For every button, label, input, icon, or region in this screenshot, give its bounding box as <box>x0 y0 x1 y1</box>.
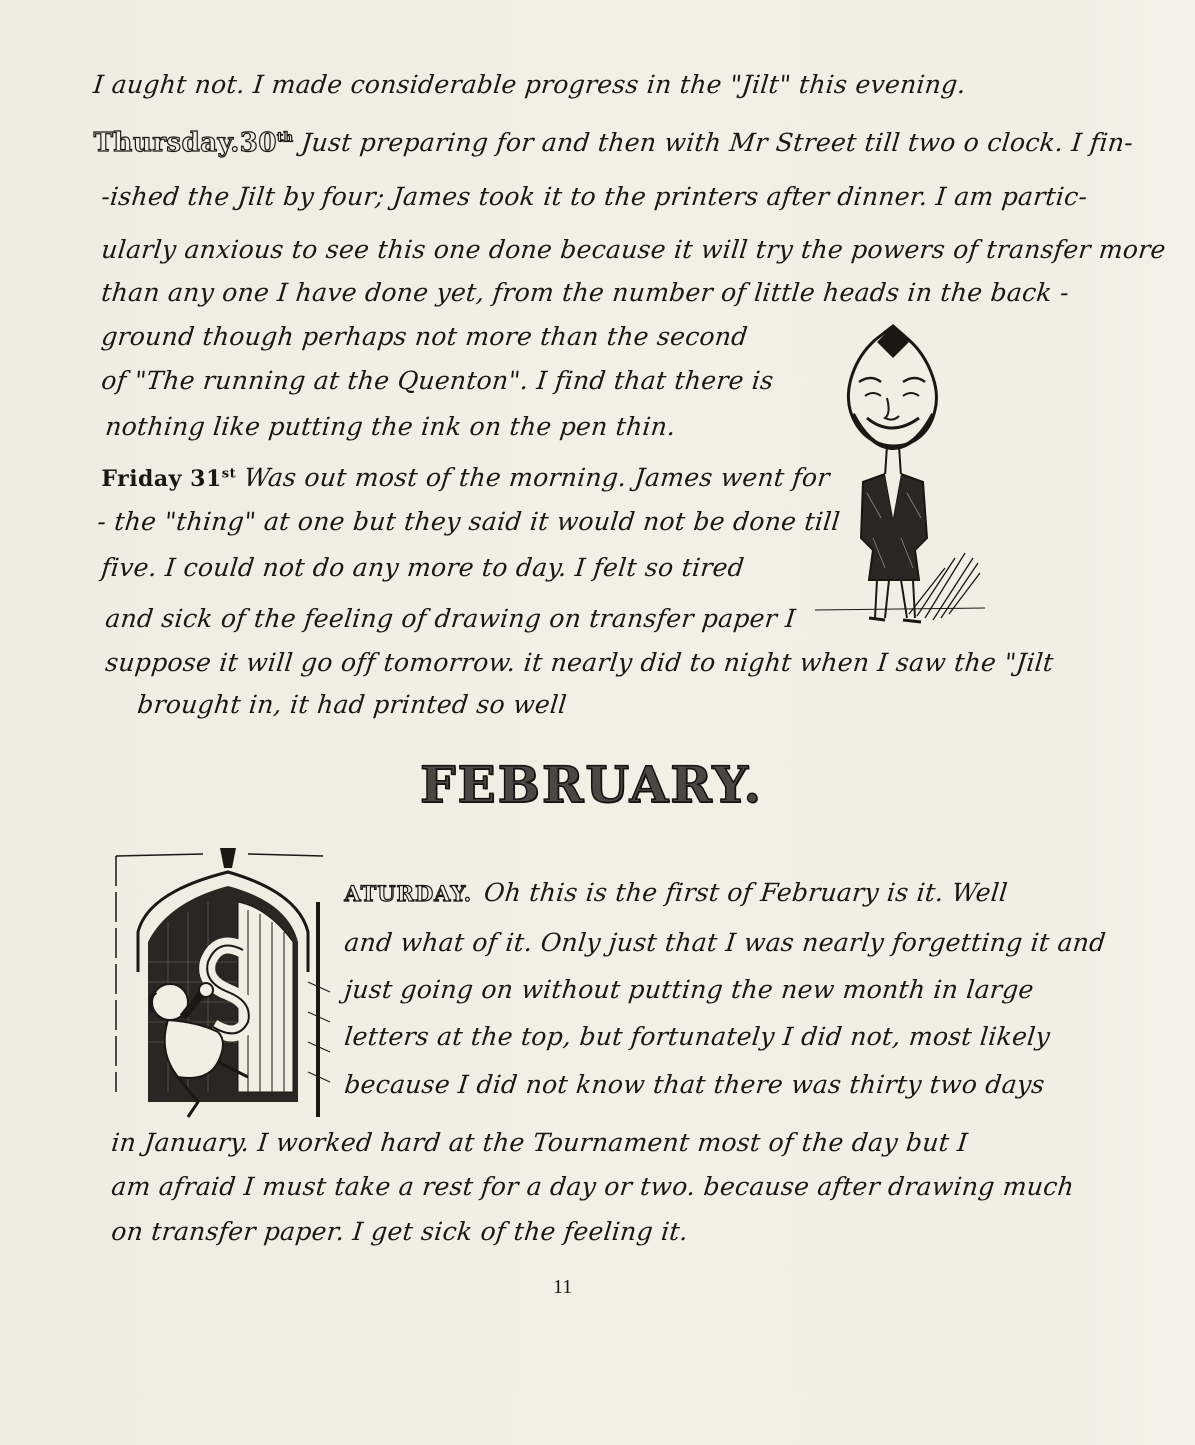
friday-heading: Friday 31st <box>101 466 236 492</box>
saturday-line-6: in January. I worked hard at the Tournam… <box>110 1128 969 1157</box>
saturday-line-7: am afraid I must take a rest for a day o… <box>110 1172 1076 1201</box>
thursday-line-2: -ished the Jilt by four; James took it t… <box>100 182 1089 211</box>
saturday-line-1: ATURDAY.Oh this is the first of February… <box>343 878 1009 907</box>
saturday-heading: ATURDAY. <box>344 881 472 906</box>
friday-line-5: suppose it will go off tomorrow. it near… <box>104 648 1055 677</box>
page-number: 11 <box>553 1276 572 1299</box>
friday-line-3: five. I could not do any more to day. I … <box>100 553 746 582</box>
thursday-line-1: Thursday.30thJust preparing for and then… <box>92 128 1135 158</box>
friday-line-4: and sick of the feeling of drawing on tr… <box>104 604 797 633</box>
saturday-line-2: and what of it. Only just that I was nea… <box>343 928 1107 957</box>
thursday-heading: Thursday.30th <box>94 128 294 158</box>
saturday-line-3: just going on without putting the new mo… <box>343 975 1035 1004</box>
saturday-line-4: letters at the top, but fortunately I di… <box>343 1022 1052 1051</box>
saturday-line-8: on transfer paper. I get sick of the fee… <box>110 1217 690 1246</box>
thursday-line-5: ground though perhaps not more than the … <box>100 322 749 351</box>
caricature-figure-illustration <box>815 318 985 638</box>
drop-cap-s-illustration <box>108 842 333 1127</box>
diary-page: I aught not. I made considerable progres… <box>0 0 1195 1445</box>
thursday-line-4: than any one I have done yet, from the n… <box>100 278 1071 307</box>
friday-line-1: Friday 31stWas out most of the morning. … <box>100 463 831 492</box>
friday-line-6: brought in, it had printed so well <box>136 690 568 719</box>
thursday-line-7: nothing like putting the ink on the pen … <box>104 412 677 441</box>
month-heading: FEBRUARY. <box>420 755 763 814</box>
carryover-line: I aught not. I made considerable progres… <box>92 70 967 99</box>
friday-line-2: - the "thing" at one but they said it wo… <box>96 507 841 536</box>
saturday-line-5: because I did not know that there was th… <box>343 1070 1046 1099</box>
thursday-line-6: of "The running at the Quenton". I find … <box>100 366 775 395</box>
thursday-line-3: ularly anxious to see this one done beca… <box>100 235 1167 264</box>
